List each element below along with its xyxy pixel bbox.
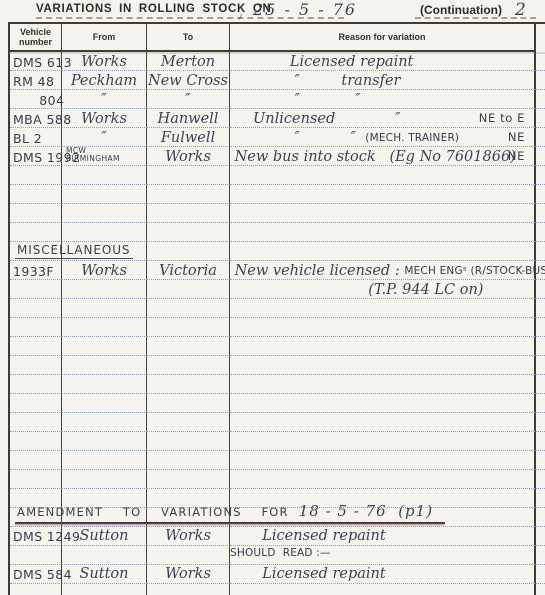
from-cell bbox=[62, 375, 147, 394]
to-cell bbox=[147, 204, 230, 223]
to-value: Victoria bbox=[159, 263, 217, 279]
to-value: Works bbox=[165, 149, 211, 165]
district-note: NE to E bbox=[479, 111, 525, 125]
margin-cell bbox=[536, 337, 545, 356]
margin-cell bbox=[536, 223, 545, 242]
table-row bbox=[10, 432, 545, 451]
reason-cell: ″ ″ (MECH. TRAINER)NE bbox=[230, 128, 536, 147]
margin-cell bbox=[536, 375, 545, 394]
reason-cell: Unlicensed ″NE to E bbox=[230, 109, 536, 128]
reason-value: (T.P. 944 LC on) bbox=[230, 282, 483, 298]
from-value: Works bbox=[81, 111, 127, 127]
reason-value: ″ ″ bbox=[230, 130, 365, 146]
table-row bbox=[10, 451, 545, 470]
vehicle-cell: 804 bbox=[10, 90, 62, 109]
to-value: Merton bbox=[161, 54, 215, 70]
table-row bbox=[10, 185, 545, 204]
to-value: Hanwell bbox=[158, 111, 219, 127]
vehicle-cell bbox=[10, 394, 62, 413]
from-value: MCW BIRMINGHAM bbox=[62, 147, 120, 165]
reason-caps-value: SHOULD READ :— bbox=[230, 546, 331, 561]
from-cell bbox=[62, 318, 147, 337]
table-row bbox=[10, 394, 545, 413]
from-cell: ″ bbox=[62, 128, 147, 147]
from-cell bbox=[62, 204, 147, 223]
reason-cell bbox=[230, 413, 536, 432]
margin-cell bbox=[536, 128, 545, 147]
to-cell bbox=[147, 432, 230, 451]
header-to: To bbox=[147, 24, 230, 52]
from-cell bbox=[62, 584, 147, 595]
vehicle-cell bbox=[10, 337, 62, 356]
margin-cell bbox=[536, 394, 545, 413]
from-cell bbox=[62, 166, 147, 185]
margin-cell bbox=[536, 52, 545, 71]
vehicle-cell bbox=[10, 280, 62, 299]
table-row: MBA 588WorksHanwell Unlicensed ″NE to E bbox=[10, 109, 545, 128]
from-value: Peckham bbox=[71, 73, 137, 89]
reason-value: New bus into stock (Eg No 7601866) bbox=[230, 149, 516, 165]
from-cell: Works bbox=[62, 261, 147, 280]
district-note: NE bbox=[508, 130, 525, 144]
table-row bbox=[10, 223, 545, 242]
to-value: Fulwell bbox=[161, 130, 215, 146]
from-cell bbox=[62, 299, 147, 318]
table-row bbox=[10, 337, 545, 356]
to-value: ″ bbox=[185, 92, 190, 108]
vehicle-cell bbox=[10, 584, 62, 595]
reason-value: Unlicensed ″ bbox=[230, 111, 401, 127]
reason-cell bbox=[230, 185, 536, 204]
vehicle-cell bbox=[10, 299, 62, 318]
margin-cell bbox=[536, 470, 545, 489]
to-cell bbox=[147, 375, 230, 394]
header-vehicle-number: Vehicle number bbox=[10, 24, 62, 52]
table-row bbox=[10, 204, 545, 223]
margin-cell bbox=[536, 204, 545, 223]
to-value: Works bbox=[165, 528, 211, 544]
vehicle-cell: DMS 613 bbox=[10, 52, 62, 71]
vehicle-cell: DMS 1249 bbox=[10, 527, 62, 546]
vehicle-cell: BL 2 bbox=[10, 128, 62, 147]
table-row: (T.P. 944 LC on) bbox=[10, 280, 545, 299]
table-row bbox=[10, 318, 545, 337]
to-cell bbox=[147, 337, 230, 356]
margin-cell bbox=[536, 147, 545, 166]
reason-cell: ″ transfer bbox=[230, 71, 536, 90]
to-cell: Merton bbox=[147, 52, 230, 71]
to-cell: New Cross bbox=[147, 71, 230, 90]
from-cell bbox=[62, 546, 147, 565]
table-row: DMS 584SuttonWorks Licensed repaint bbox=[10, 565, 545, 584]
vehicle-cell bbox=[10, 470, 62, 489]
margin-cell bbox=[536, 451, 545, 470]
margin-cell bbox=[536, 527, 545, 546]
vehicle-cell bbox=[10, 451, 62, 470]
reason-cell bbox=[230, 470, 536, 489]
from-cell bbox=[62, 280, 147, 299]
reason-value: Licensed repaint bbox=[230, 54, 413, 70]
from-cell: Works bbox=[62, 109, 147, 128]
reason-cell bbox=[230, 356, 536, 375]
from-cell bbox=[62, 394, 147, 413]
from-cell: Peckham bbox=[62, 71, 147, 90]
margin-cell bbox=[536, 185, 545, 204]
reason-cell bbox=[230, 375, 536, 394]
reason-cell bbox=[230, 337, 536, 356]
vehicle-cell bbox=[10, 318, 62, 337]
reason-cell: ″ ″ bbox=[230, 90, 536, 109]
table-body: DMS 613WorksMerton Licensed repaintRM 48… bbox=[10, 52, 545, 595]
from-value: Sutton bbox=[80, 566, 129, 582]
to-cell bbox=[147, 185, 230, 204]
margin-cell bbox=[536, 242, 545, 261]
margin-cell bbox=[536, 546, 545, 565]
district-note: NE bbox=[508, 149, 525, 163]
to-cell: ″ bbox=[147, 90, 230, 109]
reason-value: Licensed repaint bbox=[230, 528, 386, 544]
reason-cell: (T.P. 944 LC on) bbox=[230, 280, 536, 299]
reason-cell bbox=[230, 299, 536, 318]
to-cell bbox=[147, 166, 230, 185]
margin-cell bbox=[536, 432, 545, 451]
reason-cell bbox=[230, 166, 536, 185]
to-cell bbox=[147, 299, 230, 318]
reason-cell bbox=[230, 223, 536, 242]
margin-cell bbox=[536, 318, 545, 337]
reason-cell: Licensed repaint bbox=[230, 527, 536, 546]
vehicle-number: RM 48 bbox=[10, 74, 54, 89]
document-page: VARIATIONS IN ROLLING STOCK ON 25 - 5 - … bbox=[0, 0, 545, 595]
reason-cell: New bus into stock (Eg No 7601866)NE bbox=[230, 147, 536, 166]
table-row: DMS 1249SuttonWorks Licensed repaint bbox=[10, 527, 545, 546]
table-row: 1933FWorksVictoria New vehicle licensed … bbox=[10, 261, 545, 280]
to-cell bbox=[147, 394, 230, 413]
to-cell: Hanwell bbox=[147, 109, 230, 128]
reason-cell: Licensed repaint bbox=[230, 52, 536, 71]
to-cell bbox=[147, 280, 230, 299]
vehicle-cell: MBA 588 bbox=[10, 109, 62, 128]
to-value: Works bbox=[165, 566, 211, 582]
table-row: DMS 1992MCW BIRMINGHAMWorks New bus into… bbox=[10, 147, 545, 166]
reason-cell bbox=[230, 451, 536, 470]
to-cell bbox=[147, 356, 230, 375]
reason-cell bbox=[230, 242, 536, 261]
to-cell: Works bbox=[147, 147, 230, 166]
from-cell bbox=[62, 185, 147, 204]
amendment-heading-date: 18 - 5 - 76 (p1) bbox=[299, 502, 433, 520]
from-cell bbox=[62, 223, 147, 242]
reason-cell bbox=[230, 318, 536, 337]
from-cell: ″ bbox=[62, 90, 147, 109]
margin-cell bbox=[536, 299, 545, 318]
vehicle-cell: DMS 584 bbox=[10, 565, 62, 584]
vehicle-cell bbox=[10, 356, 62, 375]
vehicle-cell bbox=[10, 375, 62, 394]
to-cell: Fulwell bbox=[147, 128, 230, 147]
amendment-heading-caps: AMENDMENT TO VARIATIONS FOR bbox=[17, 505, 289, 519]
to-cell bbox=[147, 223, 230, 242]
to-cell bbox=[147, 546, 230, 565]
from-cell bbox=[62, 432, 147, 451]
from-cell bbox=[62, 470, 147, 489]
from-cell: Works bbox=[62, 52, 147, 71]
from-cell bbox=[62, 451, 147, 470]
table-row bbox=[10, 413, 545, 432]
table-row: RM 48PeckhamNew Cross ″ transfer bbox=[10, 71, 545, 90]
table-row: AMENDMENT TO VARIATIONS FOR18 - 5 - 76 (… bbox=[10, 508, 545, 527]
vehicle-cell bbox=[10, 204, 62, 223]
table-row bbox=[10, 470, 545, 489]
margin-cell bbox=[536, 489, 545, 508]
variations-table: Vehicle number From To Reason for variat… bbox=[8, 22, 545, 595]
header-margin bbox=[536, 24, 545, 52]
table-row bbox=[10, 584, 545, 595]
reason-cell bbox=[230, 394, 536, 413]
continuation-label: (Continuation) bbox=[420, 3, 502, 17]
table-row: 804″″ ″ ″ bbox=[10, 90, 545, 109]
table-row bbox=[10, 166, 545, 185]
header-reason: Reason for variation bbox=[230, 24, 536, 52]
from-value: ″ bbox=[101, 130, 106, 146]
to-cell bbox=[147, 242, 230, 261]
reason-value: Licensed repaint bbox=[230, 566, 386, 582]
margin-cell bbox=[536, 356, 545, 375]
to-cell bbox=[147, 451, 230, 470]
vehicle-cell bbox=[10, 432, 62, 451]
vehicle-number: 804 bbox=[10, 93, 64, 108]
margin-cell bbox=[536, 508, 545, 527]
header-from: From bbox=[62, 24, 147, 52]
vehicle-number: 1933F bbox=[10, 264, 54, 279]
to-cell: Victoria bbox=[147, 261, 230, 280]
to-cell: Works bbox=[147, 527, 230, 546]
vehicle-cell bbox=[10, 546, 62, 565]
section-label: MISCELLANEOUS bbox=[15, 243, 133, 259]
to-cell bbox=[147, 318, 230, 337]
table-row bbox=[10, 299, 545, 318]
reason-value: New vehicle licensed : bbox=[230, 263, 404, 279]
vehicle-cell bbox=[10, 223, 62, 242]
reason-value: ″ transfer bbox=[230, 73, 401, 89]
table-row: DMS 613WorksMerton Licensed repaint bbox=[10, 52, 545, 71]
margin-cell bbox=[536, 584, 545, 595]
continuation-underline bbox=[415, 17, 536, 19]
to-value: New Cross bbox=[148, 73, 228, 89]
to-cell bbox=[147, 413, 230, 432]
from-cell bbox=[62, 413, 147, 432]
margin-cell bbox=[536, 71, 545, 90]
vehicle-number: BL 2 bbox=[10, 131, 42, 146]
from-cell bbox=[62, 356, 147, 375]
from-cell: MCW BIRMINGHAM bbox=[62, 147, 147, 166]
vehicle-cell bbox=[10, 413, 62, 432]
table-row: BL 2″Fulwell ″ ″ (MECH. TRAINER)NE bbox=[10, 128, 545, 147]
table-row bbox=[10, 375, 545, 394]
table-row: SHOULD READ :— bbox=[10, 546, 545, 565]
table-row: MISCELLANEOUS bbox=[10, 242, 545, 261]
reason-cell bbox=[230, 584, 536, 595]
from-cell bbox=[62, 337, 147, 356]
to-cell: Works bbox=[147, 565, 230, 584]
reason-cell bbox=[230, 204, 536, 223]
from-value: Works bbox=[81, 263, 127, 279]
vehicle-cell: DMS 1992 bbox=[10, 147, 62, 166]
margin-cell bbox=[536, 280, 545, 299]
reason-caps-value: MECH ENGˢ (R/STOCK-BUSES)(Gp1) bbox=[404, 264, 545, 279]
margin-cell bbox=[536, 90, 545, 109]
from-value: ″ bbox=[101, 92, 106, 108]
table-row bbox=[10, 356, 545, 375]
reason-caps-value: (MECH. TRAINER) bbox=[365, 131, 459, 146]
vehicle-cell: RM 48 bbox=[10, 71, 62, 90]
margin-cell bbox=[536, 166, 545, 185]
margin-cell bbox=[536, 109, 545, 128]
from-value: Sutton bbox=[80, 528, 129, 544]
from-cell: Sutton bbox=[62, 565, 147, 584]
margin-cell bbox=[536, 413, 545, 432]
to-cell bbox=[147, 584, 230, 595]
title-underline bbox=[36, 17, 344, 19]
reason-cell: Licensed repaint bbox=[230, 565, 536, 584]
to-cell bbox=[147, 470, 230, 489]
amendment-heading: AMENDMENT TO VARIATIONS FOR18 - 5 - 76 (… bbox=[15, 502, 445, 524]
vehicle-cell bbox=[10, 166, 62, 185]
margin-cell bbox=[536, 565, 545, 584]
from-value: Works bbox=[81, 54, 127, 70]
reason-cell: New vehicle licensed : MECH ENGˢ (R/STOC… bbox=[230, 261, 536, 280]
vehicle-cell bbox=[10, 185, 62, 204]
reason-cell: SHOULD READ :— bbox=[230, 546, 536, 565]
reason-cell bbox=[230, 432, 536, 451]
reason-value: ″ ″ bbox=[230, 92, 361, 108]
from-cell: Sutton bbox=[62, 527, 147, 546]
table-header-row: Vehicle number From To Reason for variat… bbox=[10, 24, 545, 52]
vehicle-cell: 1933F bbox=[10, 261, 62, 280]
